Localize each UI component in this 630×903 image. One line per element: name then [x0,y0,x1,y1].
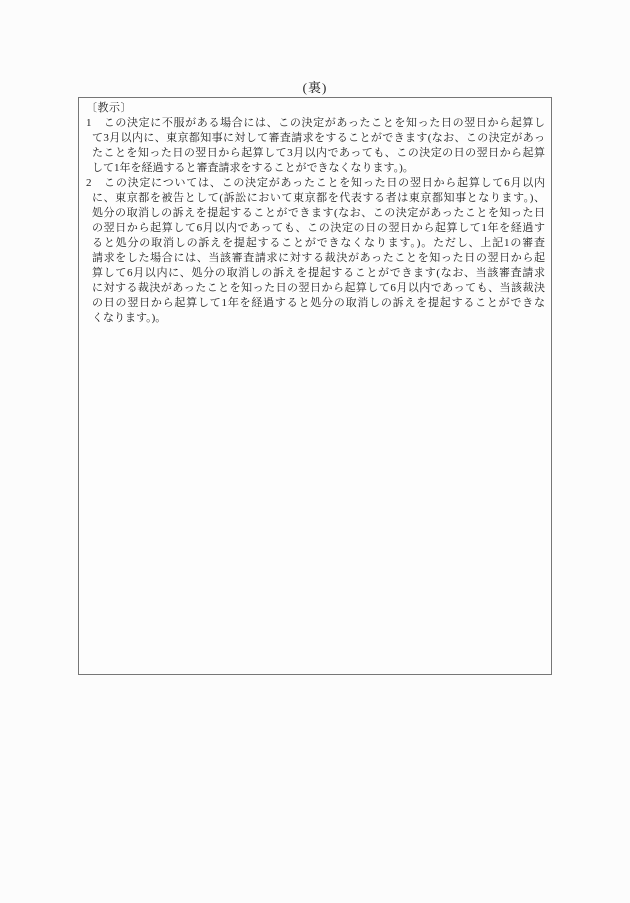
text-line: 処分の取消しの訴えを提起することができます(なお、この決定があったことを知った日 [92,206,545,221]
page-side-label: (裏) [0,77,630,96]
notice-box: 〔教示〕 1 この決定に不服がある場合には、この決定があったことを知った日の翌日… [78,97,552,675]
notice-item-1: 1 この決定に不服がある場合には、この決定があったことを知った日の翌日から起算し… [86,116,545,176]
text-line: して1年を経過すると審査請求をすることができなくなります。)。 [92,161,545,176]
text-line: の日の翌日から起算して1年を経過すると処分の取消しの訴えを提起することができな [92,296,545,311]
text-line: に、東京都を被告として(訴訟において東京都を代表する者は東京都知事となります。)… [92,191,545,206]
text-line: 請求をした場合には、当該審査請求に対する裁決があったことを知った日の翌日から起 [92,251,545,266]
text-line: に対する裁決があったことを知った日の翌日から起算して6月以内であっても、当該裁決 [92,281,545,296]
notice-title: 〔教示〕 [86,101,545,116]
text-line: 1 この決定に不服がある場合には、この決定があったことを知った日の翌日から起算し [86,116,545,131]
text-line: の翌日から起算して6月以内であっても、この決定の日の翌日から起算して1年を経過す [92,221,545,236]
text-line: たことを知った日の翌日から起算して3月以内であっても、この決定の日の翌日から起算 [92,146,545,161]
text-line: 2 この決定については、この決定があったことを知った日の翌日から起算して6月以内 [86,176,545,191]
document-page: (裏) 〔教示〕 1 この決定に不服がある場合には、この決定があったことを知った… [0,0,630,903]
text-line: て3月以内に、東京都知事に対して審査請求をすることができます(なお、この決定があ… [92,131,545,146]
notice-item-2: 2 この決定については、この決定があったことを知った日の翌日から起算して6月以内… [86,176,545,326]
text-line: 算して6月以内に、処分の取消しの訴えを提起することができます(なお、当該審査請求 [92,266,545,281]
text-line: くなります。)。 [92,311,545,326]
text-line: ると処分の取消しの訴えを提起することができなくなります。)。ただし、上記1の審査 [92,236,545,251]
